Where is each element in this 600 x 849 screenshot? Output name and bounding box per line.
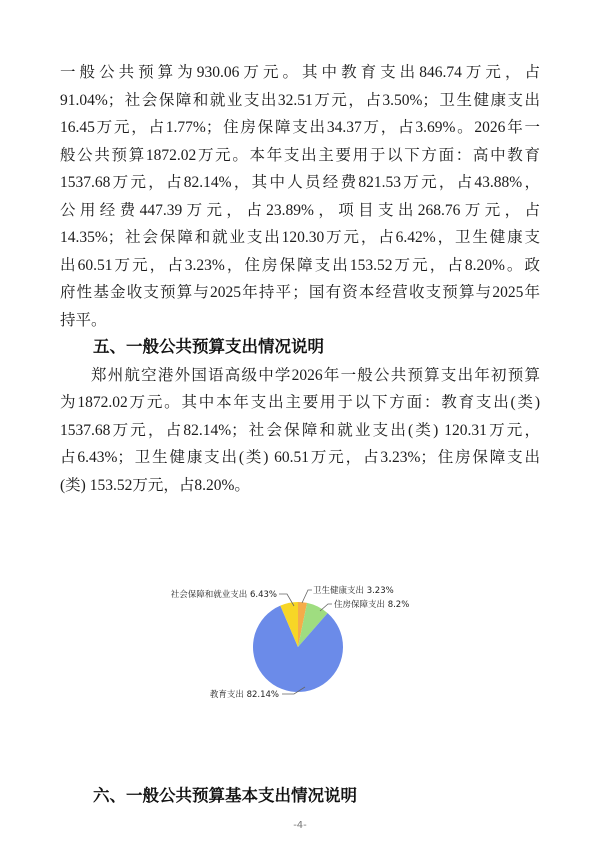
text-line: 1537.68万元，占82.14%，其中人员经费821.53万元，占43.88%… (60, 169, 540, 197)
text-line: 府性基金收支预算与2025年持平；国有资本经营收支预算与2025年 (60, 279, 540, 307)
text-line: 般公共预算1872.02万元。本年支出主要用于以下方面：高中教育 (60, 142, 540, 170)
text-line: 公用经费447.39万元，占23.89%，项目支出268.76万元，占 (60, 197, 540, 225)
section-6-heading: 六、一般公共预算基本支出情况说明 (60, 783, 573, 811)
expenditure-pie-chart: 卫生健康支出 3.23%住房保障支出 8.2%教育支出 82.14%社会保障和就… (150, 580, 450, 710)
pie-label: 教育支出 82.14% (210, 689, 279, 700)
pie-chart-svg: 卫生健康支出 3.23%住房保障支出 8.2%教育支出 82.14%社会保障和就… (150, 580, 450, 710)
pie-label: 卫生健康支出 3.23% (313, 585, 394, 596)
pie-label: 住房保障支出 8.2% (334, 599, 409, 610)
paragraph-budget-overview: 一般公共预算为930.06万元。其中教育支出846.74万元，占91.04%；社… (60, 59, 540, 334)
page-number: -4- (0, 820, 600, 831)
text-line: 1537.68万元，占82.14%；社会保障和就业支出(类) 120.31万元， (60, 417, 540, 445)
text-line: 郑州航空港外国语高级中学2026年一般公共预算支出年初预算 (60, 362, 540, 390)
paragraph-public-budget-expenditure: 郑州航空港外国语高级中学2026年一般公共预算支出年初预算为1872.02万元。… (60, 362, 540, 500)
text-line: 持平。 (60, 307, 540, 335)
text-line: 16.45万元，占1.77%；住房保障支出34.37万，占3.69%。2026年… (60, 114, 540, 142)
document-page: 一般公共预算为930.06万元。其中教育支出846.74万元，占91.04%；社… (0, 0, 600, 849)
pie-leader-line (320, 604, 332, 611)
body-text: 一般公共预算为930.06万元。其中教育支出846.74万元，占91.04%；社… (60, 59, 540, 499)
text-line: 为1872.02万元。其中本年支出主要用于以下方面：教育支出(类) (60, 389, 540, 417)
text-line: 出60.51万元，占3.23%，住房保障支出153.52万元，占8.20%。政 (60, 252, 540, 280)
text-line: 14.35%；社会保障和就业支出120.30万元，占6.42%，卫生健康支 (60, 224, 540, 252)
text-line: 占6.43%；卫生健康支出(类) 60.51万元，占3.23%；住房保障支出 (60, 444, 540, 472)
pie-label: 社会保障和就业支出 6.43% (171, 589, 277, 600)
text-line: 91.04%；社会保障和就业支出32.51万元，占3.50%；卫生健康支出 (60, 87, 540, 115)
text-line: 一般公共预算为930.06万元。其中教育支出846.74万元，占 (60, 59, 540, 87)
pie-leader-line (302, 590, 312, 603)
section-5-heading: 五、一般公共预算支出情况说明 (60, 334, 540, 362)
text-line: (类) 153.52万元，占8.20%。 (60, 472, 540, 500)
